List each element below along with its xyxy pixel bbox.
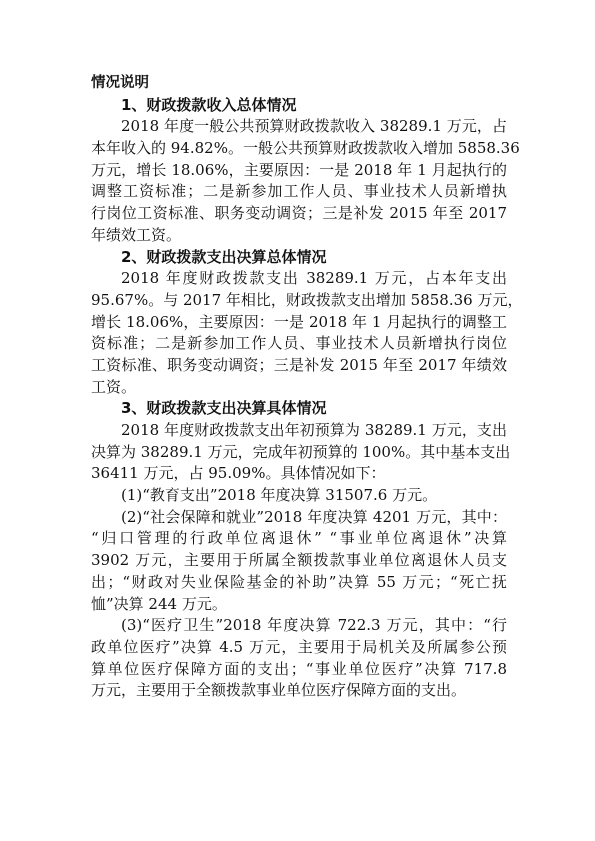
paragraph-line: 年绩效工资。: [91, 225, 507, 247]
paragraph-line: 95.67%。与 2017 年相比，财政拨款支出增加 5858.36 万元，: [91, 290, 507, 312]
list-item-education: (1)“教育支出”2018 年度决算 31507.6 万元。: [91, 485, 507, 507]
paragraph-line: 资标准；二是新参加工作人员、事业技术人员新增执行岗位: [91, 333, 507, 355]
paragraph-line: 行岗位工资标准、职务变动调资；三是补发 2015 年至 2017: [91, 203, 507, 225]
section-2: 2、财政拨款支出决算总体情况 2018 年度财政拨款支出 38289.1 万元，…: [91, 247, 507, 399]
paragraph-line: 决算为 38289.1 万元，完成年初预算的 100%。其中基本支出: [91, 442, 507, 464]
section-heading: 2、财政拨款支出决算总体情况: [91, 247, 507, 269]
list-item-healthcare: (3)“医疗卫生”2018 年度决算 722.3 万元，其中：“行 政单位医疗”…: [91, 615, 507, 702]
paragraph-line: 增长 18.06%，主要原因：一是 2018 年 1 月起执行的调整工: [91, 312, 507, 334]
section-3: 3、财政拨款支出决算具体情况 2018 年度财政拨款支出年初预算为 38289.…: [91, 398, 507, 702]
section-heading: 3、财政拨款支出决算具体情况: [91, 398, 507, 420]
paragraph-line: 万元，增长 18.06%，主要原因：一是 2018 年 1 月起执行的: [91, 160, 507, 182]
document-page: 情况说明 1、财政拨款收入总体情况 2018 年度一般公共预算财政拨款收入 38…: [91, 73, 507, 702]
list-item-line: 万元，主要用于全额拨款事业单位医疗保障方面的支出。: [91, 680, 507, 702]
list-item-line: 出；“财政对失业保险基金的补助”决算 55 万元；“死亡抚: [91, 572, 507, 594]
paragraph-line: 2018 年度财政拨款支出 38289.1 万元，占本年支出: [91, 268, 507, 290]
paragraph-line: 2018 年度财政拨款支出年初预算为 38289.1 万元，支出: [91, 420, 507, 442]
list-item-line: 算单位医疗保障方面的支出；“事业单位医疗”决算 717.8: [91, 659, 507, 681]
paragraph-line: 工资标准、职务变动调资；三是补发 2015 年至 2017 年绩效: [91, 355, 507, 377]
list-item-line: (1)“教育支出”2018 年度决算 31507.6 万元。: [91, 485, 507, 507]
list-item-line: 3902 万元，主要用于所属全额拨款事业单位离退休人员支: [91, 550, 507, 572]
list-item-line: (3)“医疗卫生”2018 年度决算 722.3 万元，其中：“行: [91, 615, 507, 637]
list-item-line: 政单位医疗”决算 4.5 万元，主要用于局机关及所属参公预: [91, 637, 507, 659]
paragraph-line: 调整工资标准；二是新参加工作人员、事业技术人员新增执: [91, 181, 507, 203]
document-title: 情况说明: [91, 73, 507, 95]
paragraph-line: 2018 年度一般公共预算财政拨款收入 38289.1 万元，占: [91, 116, 507, 138]
paragraph-line: 工资。: [91, 377, 507, 399]
list-item-line: 恤”决算 244 万元。: [91, 594, 507, 616]
paragraph-line: 36411 万元，占 95.09%。具体情况如下：: [91, 463, 507, 485]
section-heading: 1、财政拨款收入总体情况: [91, 95, 507, 117]
section-1: 1、财政拨款收入总体情况 2018 年度一般公共预算财政拨款收入 38289.1…: [91, 95, 507, 247]
list-item-line: “归口管理的行政单位离退休” “事业单位离退休”决算: [91, 528, 507, 550]
paragraph-line: 本年收入的 94.82%。一般公共预算财政拨款收入增加 5858.36: [91, 138, 507, 160]
list-item-line: (2)“社会保障和就业”2018 年度决算 4201 万元，其中：: [91, 507, 507, 529]
list-item-social-security: (2)“社会保障和就业”2018 年度决算 4201 万元，其中： “归口管理的…: [91, 507, 507, 615]
